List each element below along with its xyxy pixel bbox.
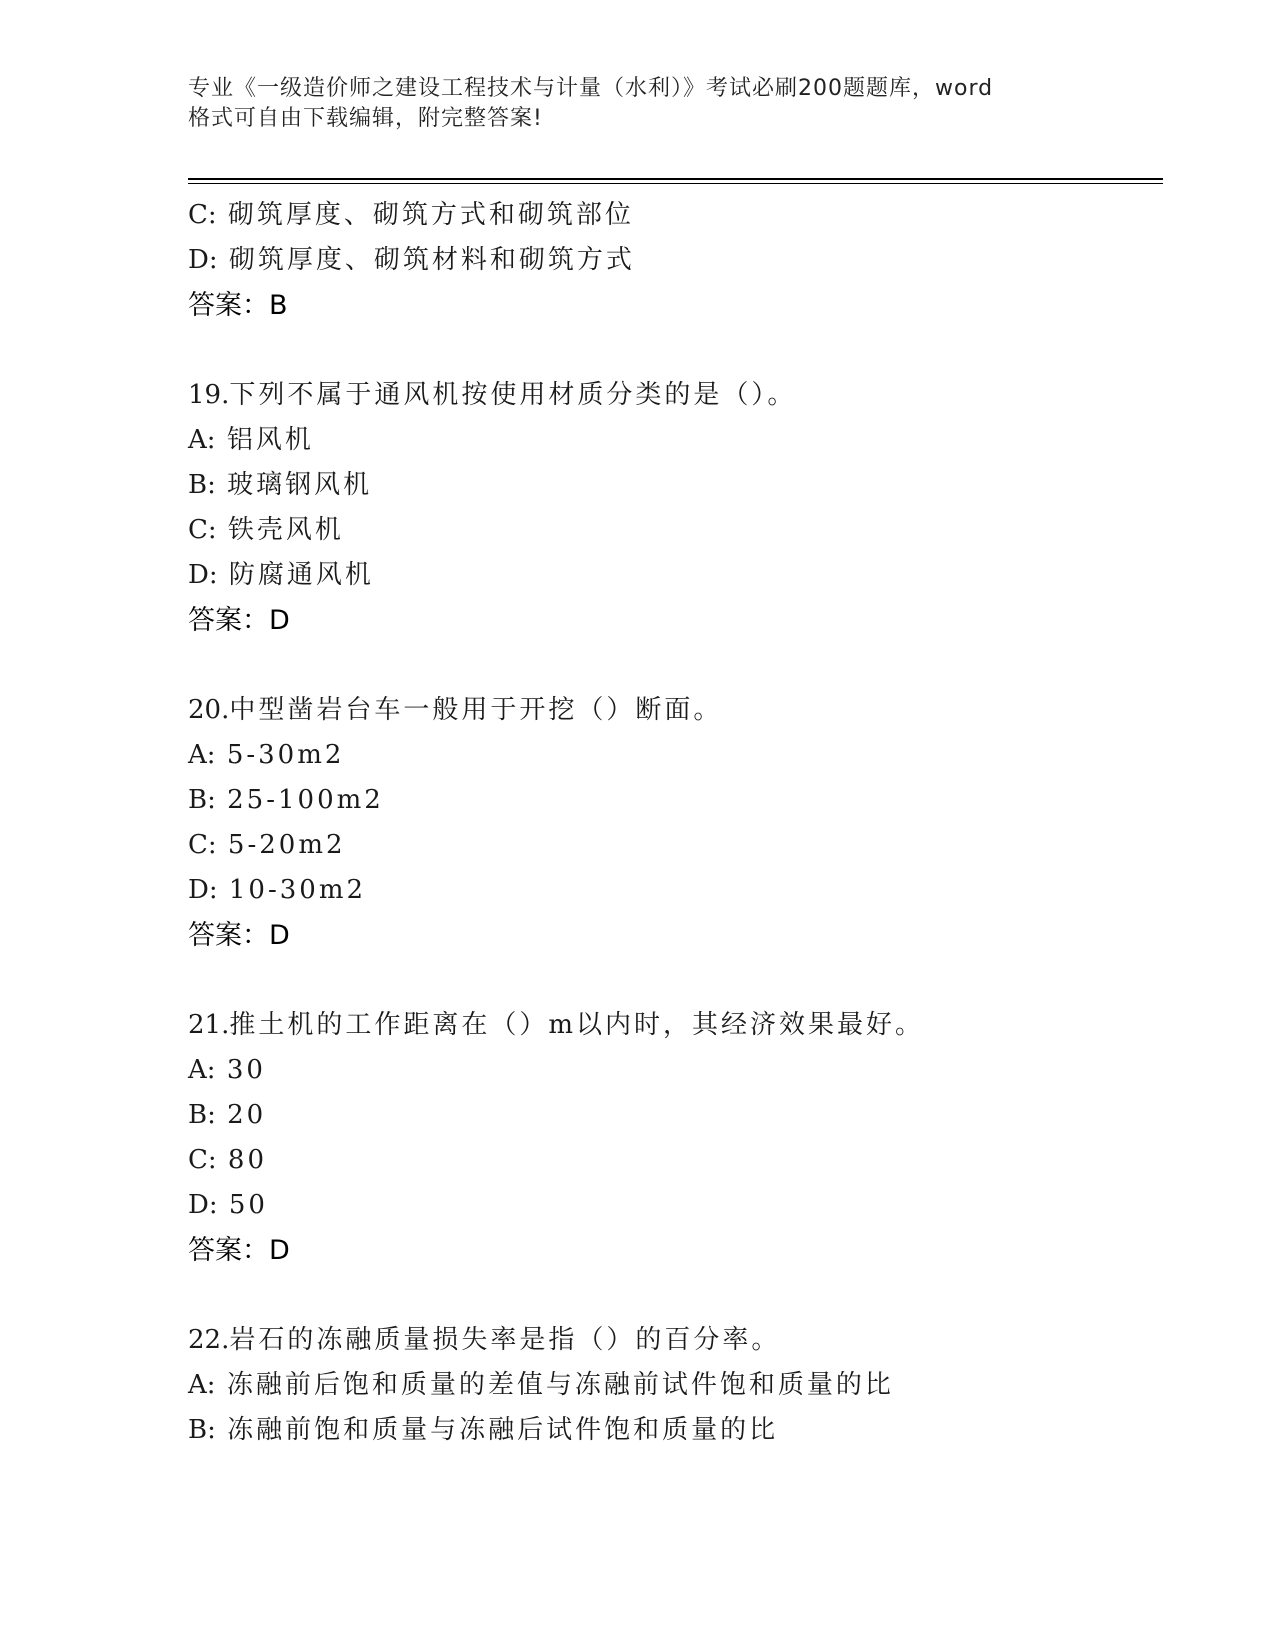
option-label: A: [188, 1048, 216, 1093]
answer-line: 答案：B [188, 283, 1163, 328]
spacer [188, 958, 1163, 1003]
question-number: 21. [188, 1003, 229, 1048]
question-stem: 21.推土机的工作距离在（）m以内时，其经济效果最好。 [188, 1003, 1163, 1048]
question-block-19: 19.下列不属于通风机按使用材质分类的是（）。 A: 铝风机 B: 玻璃钢风机 … [188, 373, 1163, 643]
option-d: D: 10-30m2 [188, 868, 1163, 913]
option-label: C: [188, 193, 217, 238]
divider-thin-line [188, 183, 1163, 184]
option-label: D: [188, 1183, 218, 1228]
header-line-2: 格式可自由下载编辑，附完整答案! [188, 104, 1088, 134]
option-text: 冻融前饱和质量与冻融后试件饱和质量的比 [227, 1415, 778, 1445]
option-c: C: 铁壳风机 [188, 508, 1163, 553]
question-text: 岩石的冻融质量损失率是指（）的百分率。 [229, 1325, 780, 1355]
document-body: C: 砌筑厚度、砌筑方式和砌筑部位 D: 砌筑厚度、砌筑材料和砌筑方式 答案：B… [188, 193, 1163, 1453]
option-c: C: 80 [188, 1138, 1163, 1183]
question-stem: 19.下列不属于通风机按使用材质分类的是（）。 [188, 373, 1163, 418]
question-text: 中型凿岩台车一般用于开挖（）断面。 [229, 695, 722, 725]
option-b: B: 25-100m2 [188, 778, 1163, 823]
option-text: 冻融前后饱和质量的差值与冻融前试件饱和质量的比 [227, 1370, 894, 1400]
option-text: 砌筑厚度、砌筑材料和砌筑方式 [229, 245, 635, 275]
option-text: 5-30m2 [227, 740, 345, 770]
option-label: C: [188, 1138, 217, 1183]
option-text: 铝风机 [227, 425, 314, 455]
option-label: A: [188, 418, 216, 463]
option-a: A: 30 [188, 1048, 1163, 1093]
option-d: D: 防腐通风机 [188, 553, 1163, 598]
option-text: 50 [229, 1190, 268, 1220]
option-label: B: [188, 1408, 216, 1453]
option-d: D: 砌筑厚度、砌筑材料和砌筑方式 [188, 238, 1163, 283]
option-label: D: [188, 238, 218, 283]
option-label: B: [188, 463, 216, 508]
option-label: B: [188, 1093, 216, 1138]
header-divider [188, 178, 1163, 185]
option-b: B: 20 [188, 1093, 1163, 1138]
question-text: 推土机的工作距离在（）m以内时，其经济效果最好。 [229, 1010, 924, 1040]
question-block-21: 21.推土机的工作距离在（）m以内时，其经济效果最好。 A: 30 B: 20 … [188, 1003, 1163, 1273]
option-c: C: 砌筑厚度、砌筑方式和砌筑部位 [188, 193, 1163, 238]
option-text: 砌筑厚度、砌筑方式和砌筑部位 [228, 200, 634, 230]
option-b: B: 冻融前饱和质量与冻融后试件饱和质量的比 [188, 1408, 1163, 1453]
option-text: 铁壳风机 [228, 515, 344, 545]
option-label: C: [188, 823, 217, 868]
option-text: 玻璃钢风机 [227, 470, 372, 500]
option-a: A: 冻融前后饱和质量的差值与冻融前试件饱和质量的比 [188, 1363, 1163, 1408]
option-text: 5-20m2 [228, 830, 346, 860]
option-text: 20 [227, 1100, 266, 1130]
option-label: C: [188, 508, 217, 553]
answer-line: 答案：D [188, 1228, 1163, 1273]
question-stem: 22.岩石的冻融质量损失率是指（）的百分率。 [188, 1318, 1163, 1363]
question-text: 下列不属于通风机按使用材质分类的是（）。 [229, 380, 796, 410]
option-text: 80 [228, 1145, 267, 1175]
answer-line: 答案：D [188, 913, 1163, 958]
answer-line: 答案：D [188, 598, 1163, 643]
question-number: 20. [188, 688, 229, 733]
option-label: D: [188, 868, 218, 913]
option-c: C: 5-20m2 [188, 823, 1163, 868]
option-a: A: 铝风机 [188, 418, 1163, 463]
question-stem: 20.中型凿岩台车一般用于开挖（）断面。 [188, 688, 1163, 733]
option-d: D: 50 [188, 1183, 1163, 1228]
question-number: 22. [188, 1318, 229, 1363]
option-label: A: [188, 1363, 216, 1408]
option-label: B: [188, 778, 216, 823]
question-block-continued: C: 砌筑厚度、砌筑方式和砌筑部位 D: 砌筑厚度、砌筑材料和砌筑方式 答案：B [188, 193, 1163, 328]
option-label: A: [188, 733, 216, 778]
spacer [188, 328, 1163, 373]
option-text: 30 [227, 1055, 266, 1085]
option-b: B: 玻璃钢风机 [188, 463, 1163, 508]
option-label: D: [188, 553, 218, 598]
option-a: A: 5-30m2 [188, 733, 1163, 778]
question-block-22: 22.岩石的冻融质量损失率是指（）的百分率。 A: 冻融前后饱和质量的差值与冻融… [188, 1318, 1163, 1453]
spacer [188, 643, 1163, 688]
question-block-20: 20.中型凿岩台车一般用于开挖（）断面。 A: 5-30m2 B: 25-100… [188, 688, 1163, 958]
option-text: 25-100m2 [227, 785, 384, 815]
question-number: 19. [188, 373, 229, 418]
spacer [188, 1273, 1163, 1318]
divider-thick-line [188, 178, 1163, 180]
option-text: 防腐通风机 [229, 560, 374, 590]
document-header: 专业《一级造价师之建设工程技术与计量（水利）》考试必刷200题题库，word 格… [188, 74, 1088, 134]
option-text: 10-30m2 [229, 875, 366, 905]
header-line-1: 专业《一级造价师之建设工程技术与计量（水利）》考试必刷200题题库，word [188, 74, 1088, 104]
